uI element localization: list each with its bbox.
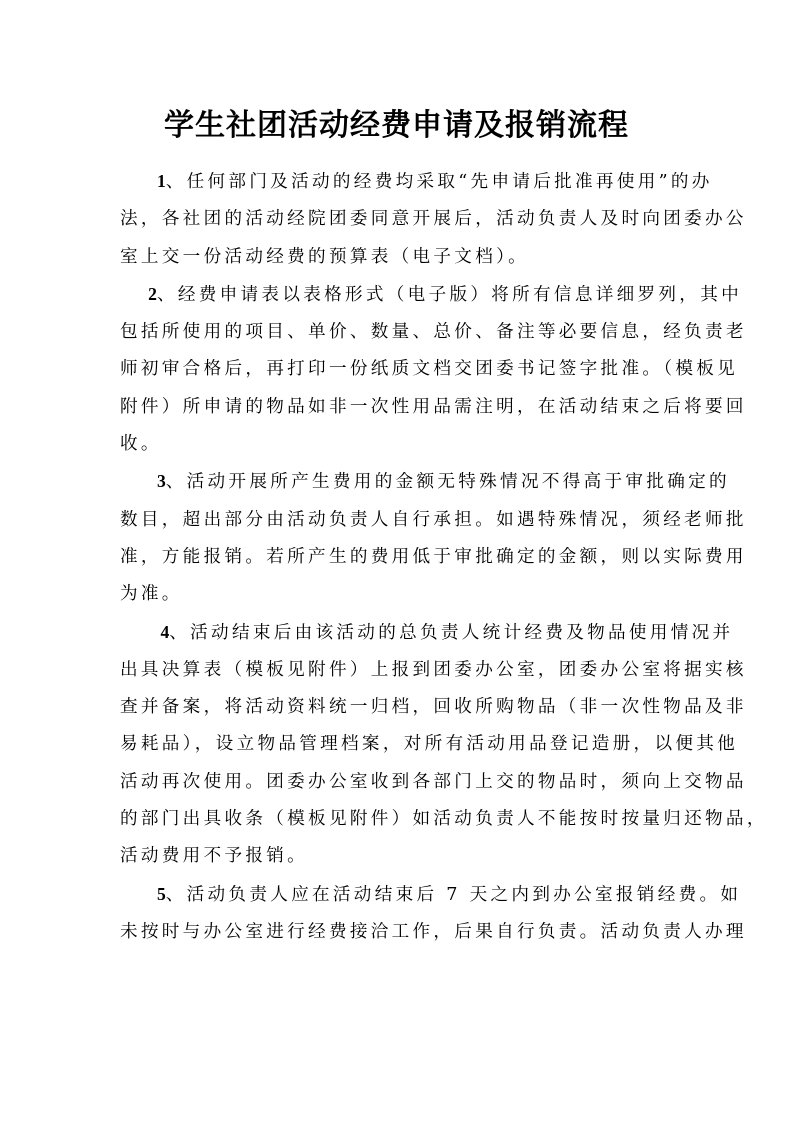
paragraph-1: 1、任何部门及活动的经费均采取“先申请后批准再使用”的办 法，各社团的活动经院团… bbox=[120, 163, 673, 276]
paragraph-line: 法，各社团的活动经院团委同意开展后，活动负责人及时向团委办公 bbox=[120, 201, 673, 238]
paragraph-line: 3、活动开展所产生费用的金额无特殊情况不得高于审批确定的 bbox=[120, 463, 673, 501]
paragraph-line: 活动费用不予报销。 bbox=[120, 838, 673, 875]
paragraph-line: 附件）所申请的物品如非一次性用品需注明，在活动结束之后将要回 bbox=[120, 389, 673, 426]
paragraph-4: 4、活动结束后由该活动的总负责人统计经费及物品使用情况并 出具决算表（模板见附件… bbox=[120, 614, 673, 876]
paragraph-3: 3、活动开展所产生费用的金额无特殊情况不得高于审批确定的 数目，超出部分由活动负… bbox=[120, 463, 673, 613]
paragraph-line: 未按时与办公室进行经费接洽工作，后果自行负责。活动负责人办理 bbox=[120, 914, 673, 951]
paragraph-line: 4、活动结束后由该活动的总负责人统计经费及物品使用情况并 bbox=[120, 614, 673, 652]
paragraph-2: 2、经费申请表以表格形式（电子版）将所有信息详细罗列，其中 包括所使用的项目、单… bbox=[120, 276, 673, 463]
document-title: 学生社团活动经费申请及报销流程 bbox=[0, 106, 793, 146]
paragraph-number: 2 bbox=[148, 284, 157, 304]
paragraph-line: 2、经费申请表以表格形式（电子版）将所有信息详细罗列，其中 bbox=[120, 276, 673, 314]
paragraph-line: 查并备案，将活动资料统一归档，回收所购物品（非一次性物品及非 bbox=[120, 689, 673, 726]
paragraph-line: 易耗品），设立物品管理档案，对所有活动用品登记造册，以便其他 bbox=[120, 726, 673, 763]
paragraph-number: 5 bbox=[157, 884, 166, 904]
paragraph-line: 出具决算表（模板见附件）上报到团委办公室，团委办公室将据实核 bbox=[120, 652, 673, 689]
document-body: 1、任何部门及活动的经费均采取“先申请后批准再使用”的办 法，各社团的活动经院团… bbox=[120, 163, 673, 951]
paragraph-line: 师初审合格后，再打印一份纸质文档交团委书记签字批准。（模板见 bbox=[120, 351, 673, 388]
paragraph-line: 的部门出具收条（模板见附件）如活动负责人不能按时按量归还物品， bbox=[120, 801, 673, 838]
paragraph-number: 3 bbox=[157, 471, 166, 491]
paragraph-line: 数目，超出部分由活动负责人自行承担。如遇特殊情况，须经老师批 bbox=[120, 502, 673, 539]
paragraph-line: 活动再次使用。团委办公室收到各部门上交的物品时，须向上交物品 bbox=[120, 764, 673, 801]
paragraph-line: 为准。 bbox=[120, 576, 673, 613]
paragraph-5: 5、活动负责人应在活动结束后 7 天之内到办公室报销经费。如 未按时与办公室进行… bbox=[120, 876, 673, 952]
paragraph-line: 收。 bbox=[120, 426, 673, 463]
document-page: 学生社团活动经费申请及报销流程 1、任何部门及活动的经费均采取“先申请后批准再使… bbox=[0, 0, 793, 1122]
paragraph-line: 室上交一份活动经费的预算表（电子文档）。 bbox=[120, 239, 673, 276]
paragraph-line: 准，方能报销。若所产生的费用低于审批确定的金额，则以实际费用 bbox=[120, 539, 673, 576]
paragraph-line: 5、活动负责人应在活动结束后 7 天之内到办公室报销经费。如 bbox=[120, 876, 673, 914]
paragraph-number: 4 bbox=[160, 622, 169, 642]
paragraph-line: 1、任何部门及活动的经费均采取“先申请后批准再使用”的办 bbox=[120, 163, 673, 201]
paragraph-line: 包括所使用的项目、单价、数量、总价、备注等必要信息，经负责老 bbox=[120, 314, 673, 351]
paragraph-number: 1 bbox=[157, 171, 166, 191]
